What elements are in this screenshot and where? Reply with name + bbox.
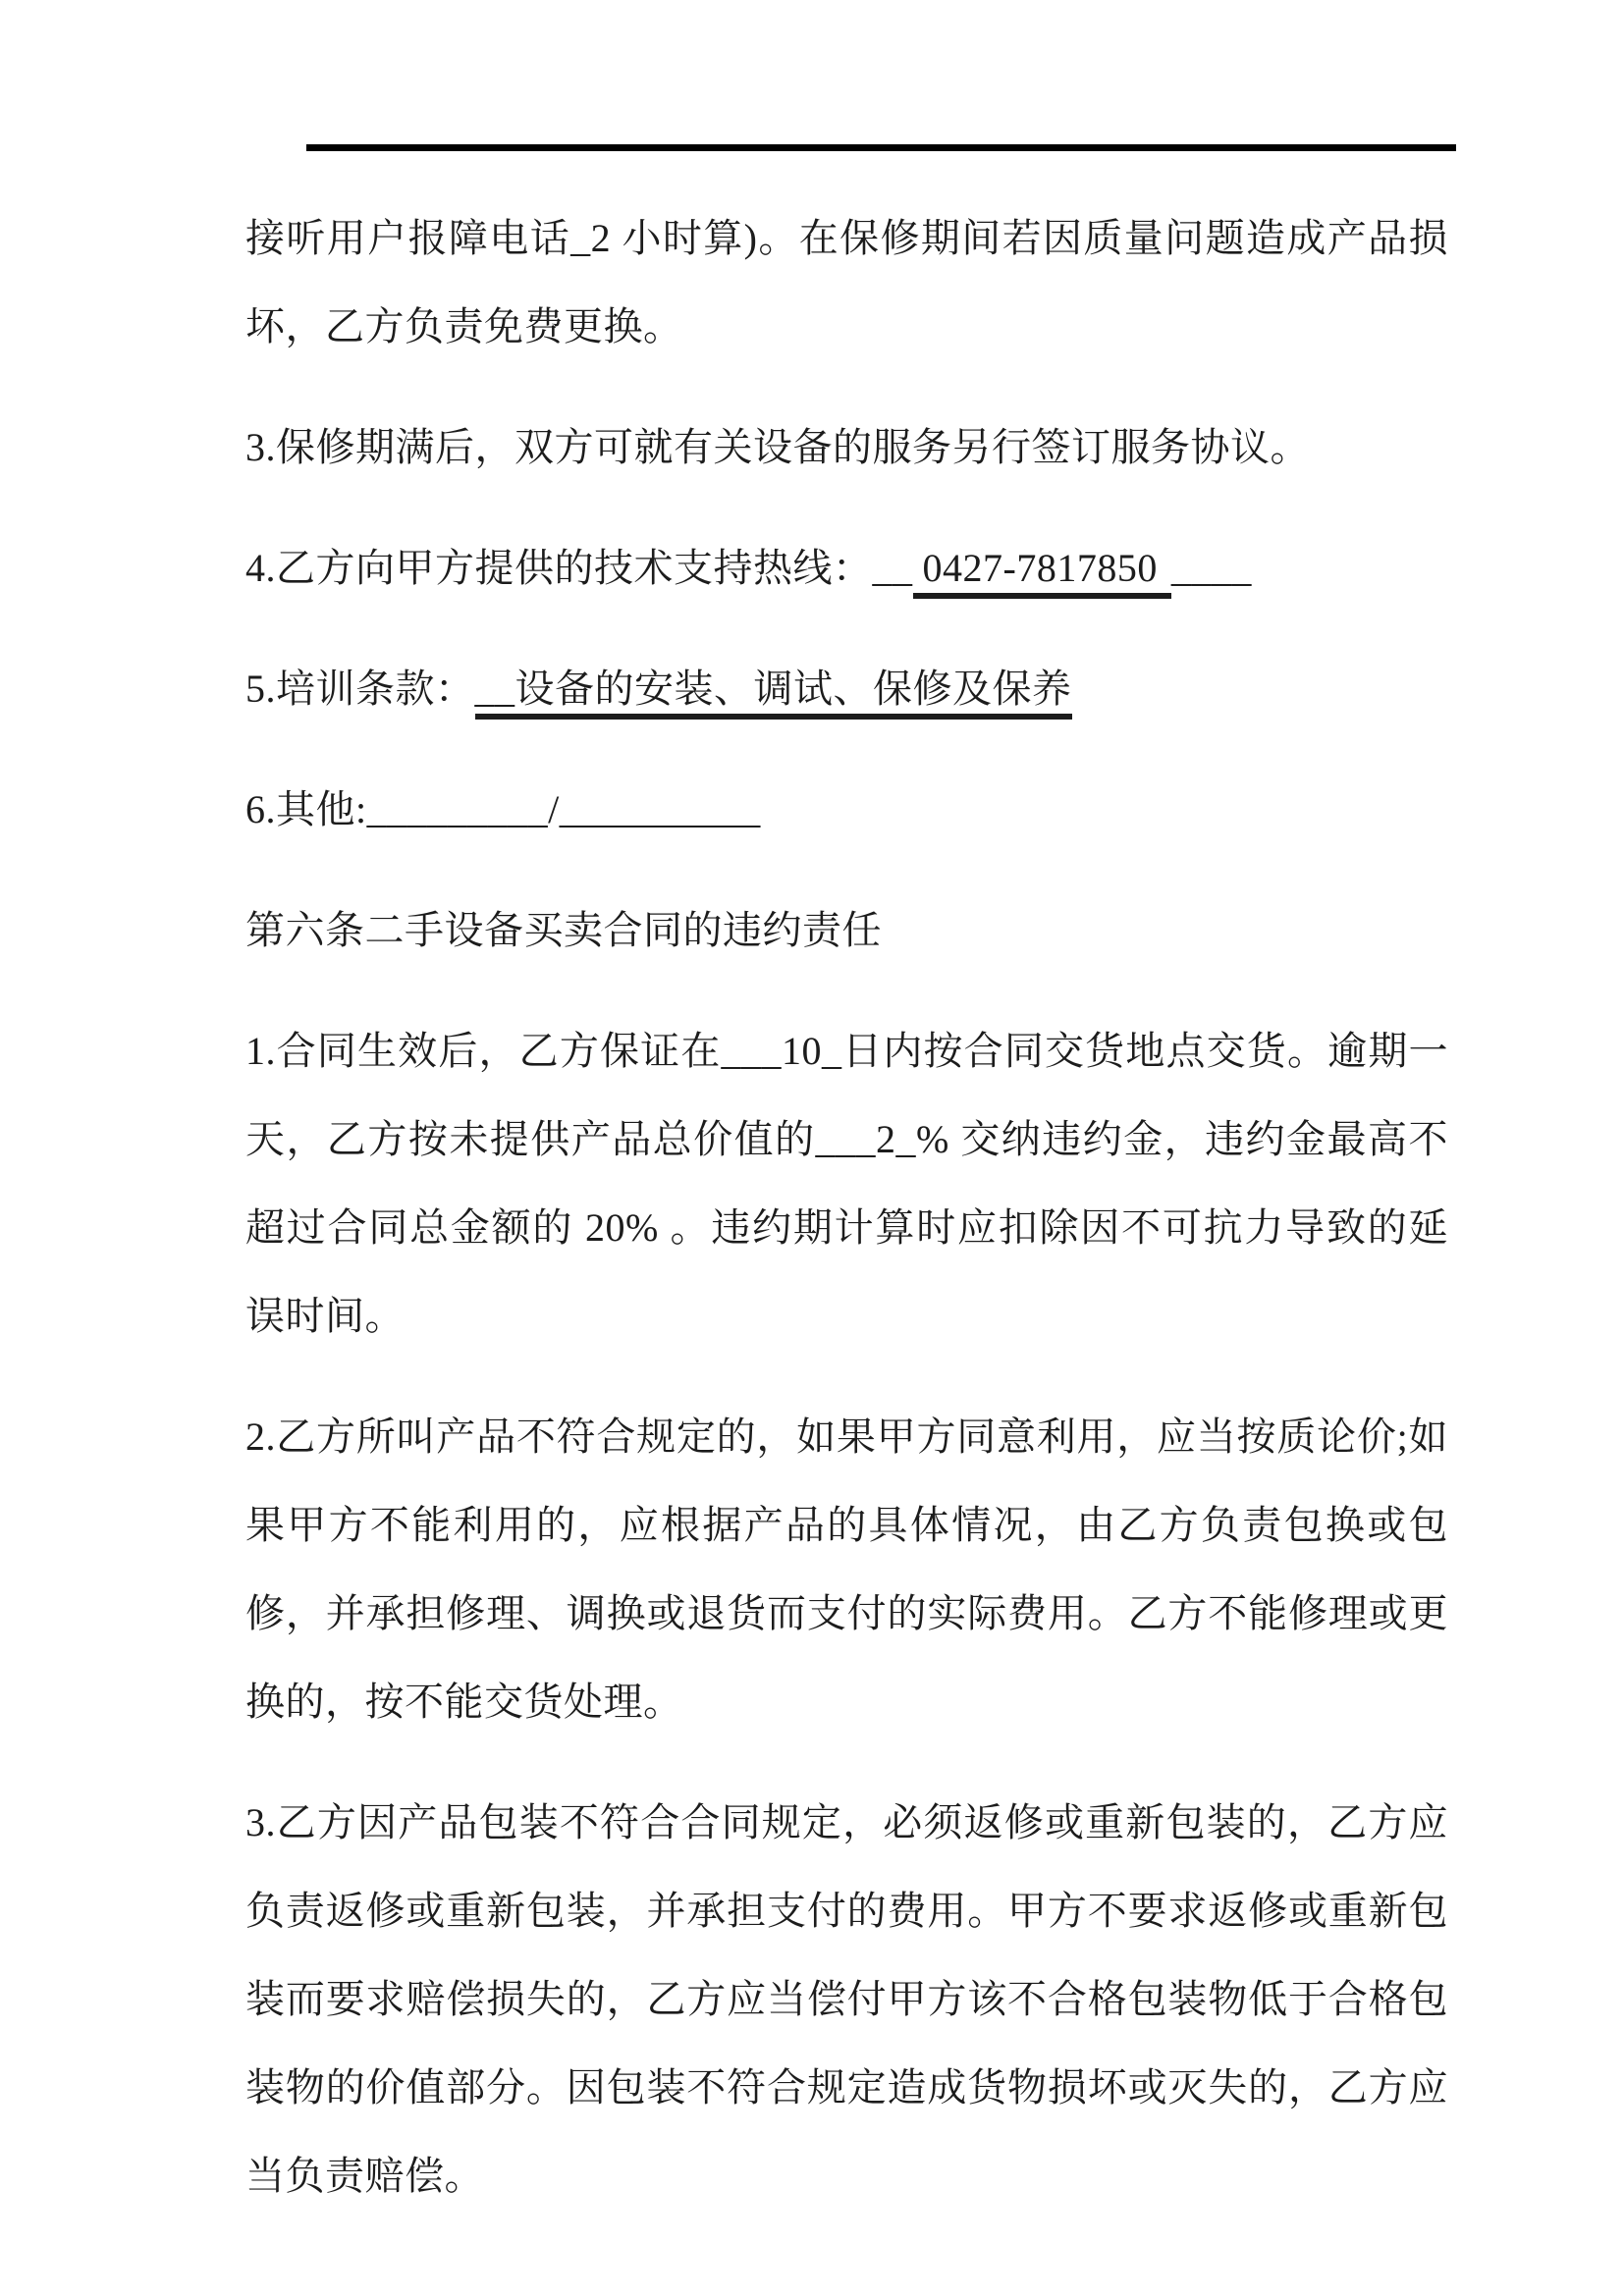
header-rule (306, 144, 1456, 151)
item4-phone-number: 0427-7817850 (913, 546, 1171, 599)
breach-clause-1: 1.合同生效后，乙方保证在___10_日内按合同交货地点交货。逾期一天，乙方按未… (245, 1007, 1448, 1361)
item5-underlined-value: 设备的安装、调试、保修及保养 (515, 667, 1072, 711)
item5-label: 5.培训条款： (245, 667, 475, 711)
item6-label: 6.其他: (245, 787, 367, 831)
section-6-heading: 第六条二手设备买卖合同的违约责任 (245, 886, 1448, 975)
paragraph-warranty-tail: 接听用户报障电话_2 小时算)。在保修期间若因质量问题造成产品损坏，乙方负责免费… (245, 194, 1448, 371)
item4-label: 4.乙方向甲方提供的技术支持热线： (245, 546, 873, 590)
item4-blank-suffix: ____ (1171, 546, 1252, 590)
document-content: 接听用户报障电话_2 小时算)。在保修期间若因质量问题造成产品损坏，乙方负责免费… (245, 194, 1448, 2253)
clause-item-6: 6.其他:_________/__________ (245, 766, 1448, 854)
item5-filled-blank: __设备的安装、调试、保修及保养 (475, 667, 1072, 720)
clause-item-5: 5.培训条款：__设备的安装、调试、保修及保养 (245, 645, 1448, 733)
clause-item-3: 3.保修期满后，双方可就有关设备的服务另行签订服务协议。 (245, 403, 1448, 492)
clause-item-4: 4.乙方向甲方提供的技术支持热线：__0427-7817850____ (245, 524, 1448, 613)
item6-blank-second: __________ (560, 787, 761, 831)
item4-blank-prefix: __ (873, 546, 913, 590)
item6-slash: / (548, 787, 560, 831)
document-page: 接听用户报障电话_2 小时算)。在保修期间若因质量问题造成产品损坏，乙方负责免费… (0, 0, 1624, 2296)
item5-blank-prefix: __ (475, 667, 515, 711)
breach-clause-2: 2.乙方所叫产品不符合规定的，如果甲方同意利用，应当按质论价;如果甲方不能利用的… (245, 1393, 1448, 1746)
breach-clause-3: 3.乙方因产品包装不符合合同规定，必须返修或重新包装的，乙方应负责返修或重新包装… (245, 1779, 1448, 2220)
item6-blank-first: _________ (367, 787, 549, 831)
